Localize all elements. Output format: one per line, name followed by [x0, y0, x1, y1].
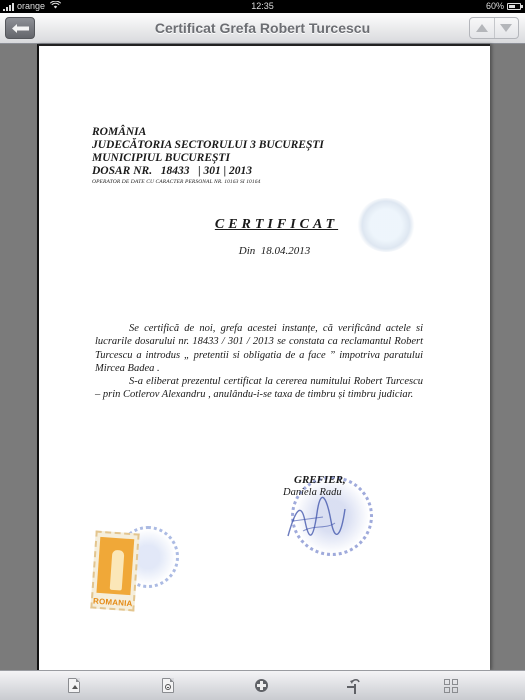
back-arrow-icon [12, 24, 29, 33]
clock: 12:35 [0, 0, 525, 13]
page-navigator [469, 17, 519, 39]
add-icon [255, 679, 268, 692]
battery-percent: 60% [486, 0, 504, 13]
document-viewer[interactable]: ROMÂNIA JUDECĂTORIA SECTORULUI 3 BUCUREȘ… [0, 44, 525, 670]
page-down-icon [500, 24, 512, 32]
back-button[interactable] [5, 17, 35, 39]
status-bar: orange 12:35 60% [0, 0, 525, 13]
header-case-number: DOSAR NR. 18433 | 301 | 2013 [92, 165, 324, 178]
signature-name: Daniela Radu [283, 487, 342, 498]
document-up-icon [68, 678, 80, 693]
document-header: ROMÂNIA JUDECĂTORIA SECTORULUI 3 BUCUREȘ… [92, 126, 324, 186]
header-municipality: MUNICIPIUL BUCUREȘTI [92, 152, 324, 165]
header-country: ROMÂNIA [92, 126, 324, 139]
certificate-title: CERTIFICAT [39, 217, 490, 233]
battery-icon [507, 3, 521, 10]
document-options-icon [162, 678, 174, 693]
page-title: Certificat Grefa Robert Turcescu [80, 13, 445, 44]
certificate-date: Din 18.04.2013 [39, 245, 490, 257]
tax-stamp: ROMANIA [90, 531, 139, 612]
previous-page-button[interactable] [470, 18, 494, 38]
bottom-toolbar [0, 670, 525, 700]
tax-stamp-image [96, 537, 134, 595]
thumbnails-button[interactable] [443, 678, 459, 694]
tax-stamp-label: ROMANIA [93, 597, 134, 609]
signature-role: GREFIER, [294, 474, 346, 486]
thumbnails-icon [444, 679, 458, 693]
document-page[interactable]: ROMÂNIA JUDECĂTORIA SECTORULUI 3 BUCUREȘ… [37, 44, 490, 670]
share-button[interactable] [346, 678, 362, 694]
add-button[interactable] [254, 678, 270, 694]
header-court: JUDECĂTORIA SECTORULUI 3 BUCUREȘTI [92, 139, 324, 152]
nav-bar: Certificat Grefa Robert Turcescu [0, 13, 525, 44]
signature-scribble [283, 491, 363, 546]
battery-fill [509, 5, 515, 8]
document-up-button[interactable] [66, 678, 82, 694]
status-right: 60% [486, 0, 521, 13]
paragraph-1: Se certifică de noi, grefa acestei insta… [95, 322, 423, 375]
next-page-button[interactable] [494, 18, 519, 38]
header-operator: OPERATOR DE DATE CU CARACTER PERSONAL NR… [92, 178, 324, 186]
document-options-button[interactable] [160, 678, 176, 694]
certificate-body: Se certifică de noi, grefa acestei insta… [95, 322, 423, 402]
paragraph-2: S-a eliberat prezentul certificat la cer… [95, 375, 423, 402]
page-up-icon [476, 24, 488, 32]
share-icon [346, 678, 362, 694]
